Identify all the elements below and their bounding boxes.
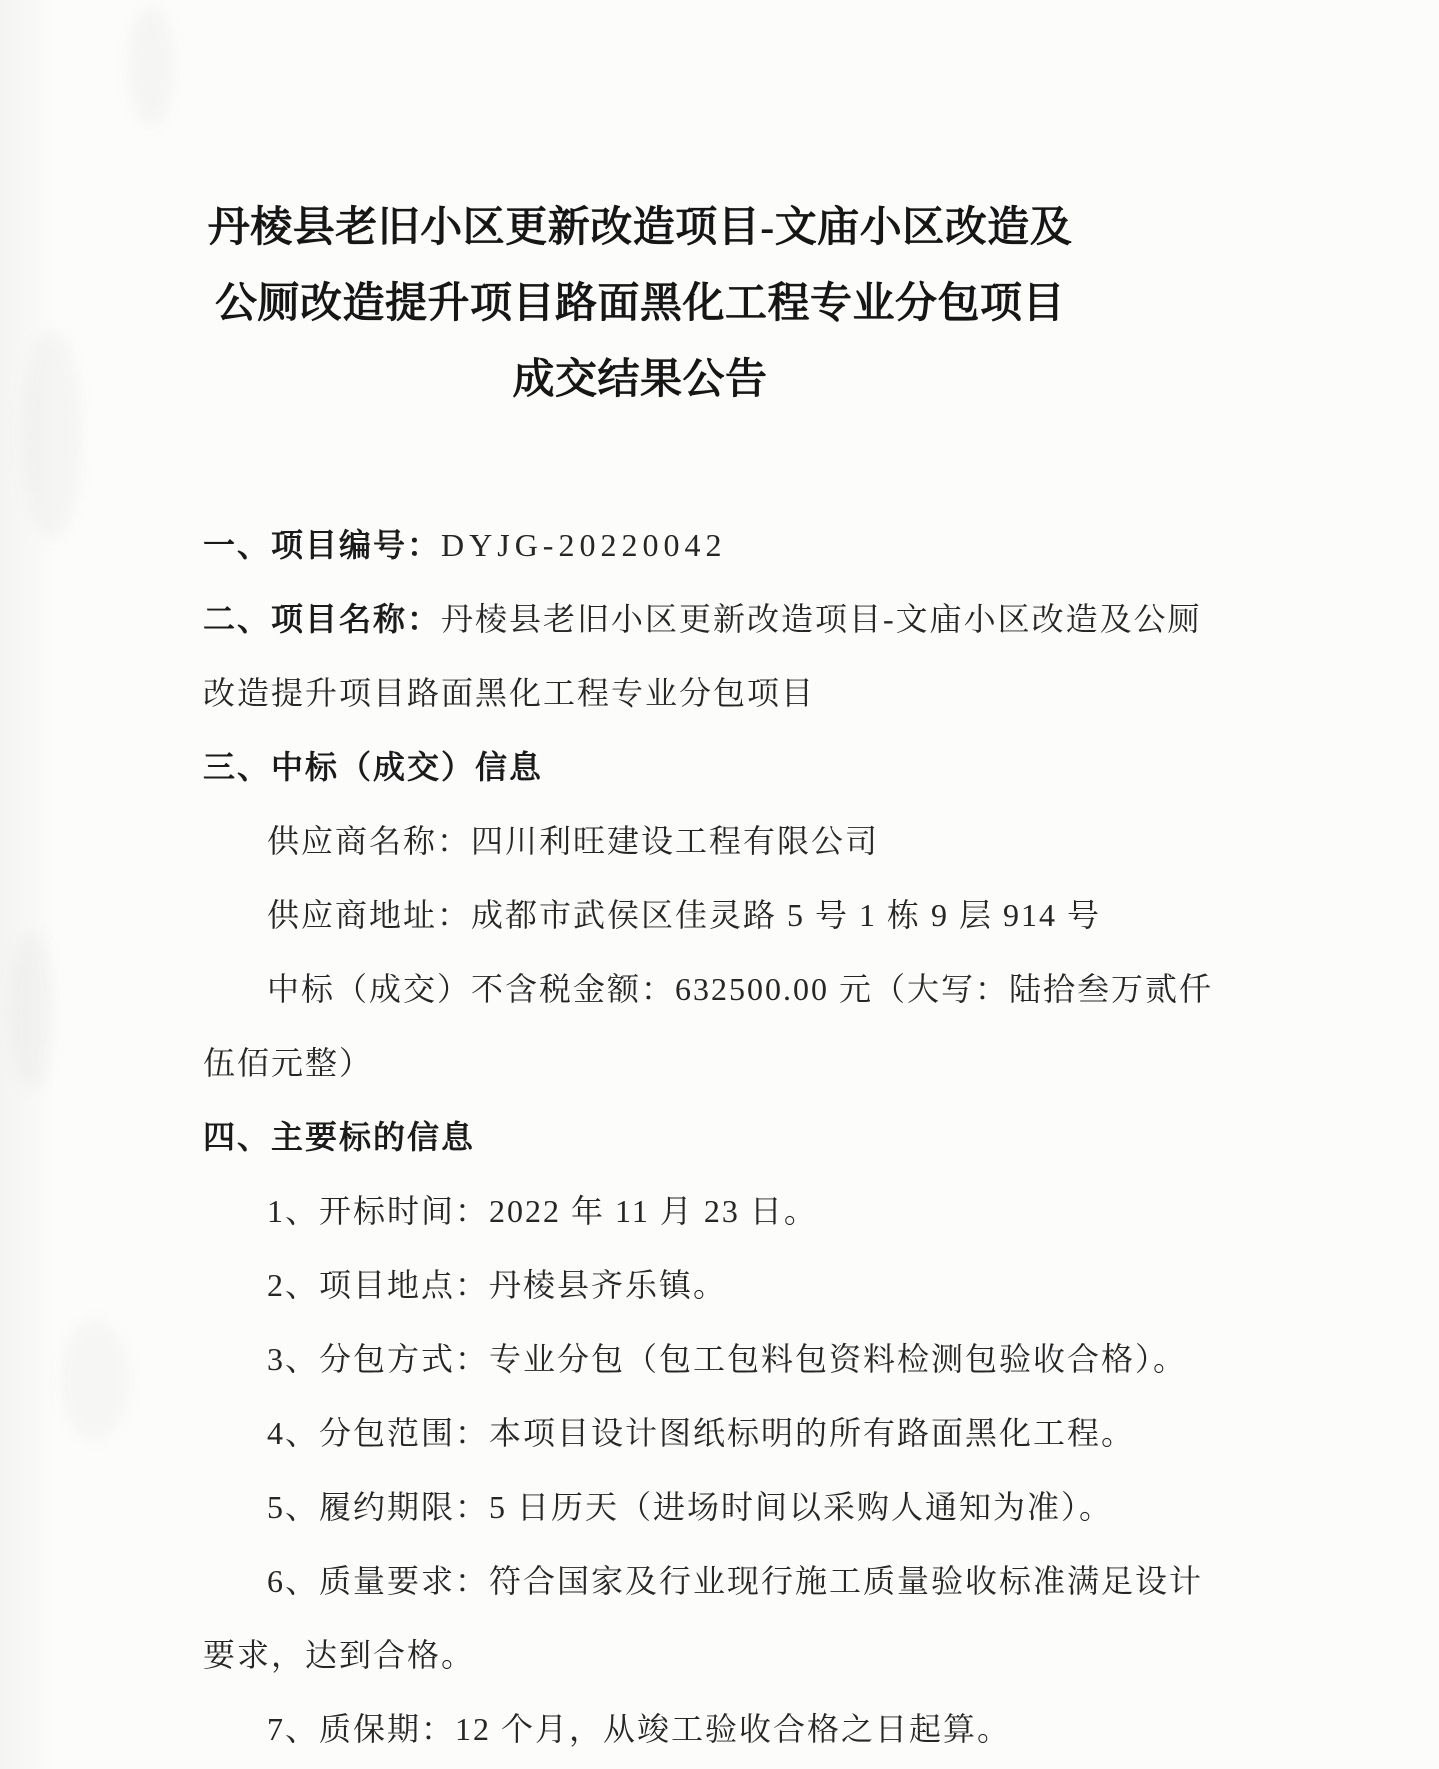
scan-smudge xyxy=(10,930,54,1090)
project-number-value: DYJG-20220042 xyxy=(441,527,726,563)
project-number-line: 一、项目编号：DYJG-20220042 xyxy=(203,508,1383,582)
supplier-name-line: 供应商名称：四川利旺建设工程有限公司 xyxy=(203,804,1383,878)
project-number-label: 一、项目编号： xyxy=(203,527,441,563)
title-line-3: 成交结果公告 xyxy=(0,342,1280,418)
subject-item-5: 5、履约期限：5 日历天（进场时间以采购人通知为准）。 xyxy=(203,1470,1383,1544)
award-amount-line-1: 中标（成交）不含税金额：632500.00 元（大写：陆拾叁万贰仟 xyxy=(203,952,1383,1026)
supplier-address-line: 供应商地址：成都市武侯区佳灵路 5 号 1 栋 9 层 914 号 xyxy=(203,878,1383,952)
document-title: 丹棱县老旧小区更新改造项目-文庙小区改造及 公厕改造提升项目路面黑化工程专业分包… xyxy=(0,190,1280,418)
subject-item-2: 2、项目地点：丹棱县齐乐镇。 xyxy=(203,1248,1383,1322)
award-amount-line-2: 伍佰元整） xyxy=(203,1026,1383,1100)
award-info-heading: 三、中标（成交）信息 xyxy=(203,730,1383,804)
project-name-line-1: 二、项目名称：丹棱县老旧小区更新改造项目-文庙小区改造及公厕 xyxy=(203,582,1383,656)
project-name-value: 丹棱县老旧小区更新改造项目-文庙小区改造及公厕 xyxy=(441,601,1202,637)
subject-item-4: 4、分包范围：本项目设计图纸标明的所有路面黑化工程。 xyxy=(203,1396,1383,1470)
title-line-2: 公厕改造提升项目路面黑化工程专业分包项目 xyxy=(0,266,1280,342)
subject-item-1: 1、开标时间：2022 年 11 月 23 日。 xyxy=(203,1174,1383,1248)
scan-smudge xyxy=(60,1320,130,1440)
subject-item-6-line-2: 要求，达到合格。 xyxy=(203,1618,1383,1692)
title-line-1: 丹棱县老旧小区更新改造项目-文庙小区改造及 xyxy=(0,190,1280,266)
subject-item-7: 7、质保期：12 个月，从竣工验收合格之日起算。 xyxy=(203,1692,1383,1766)
document-body: 一、项目编号：DYJG-20220042 二、项目名称：丹棱县老旧小区更新改造项… xyxy=(203,508,1383,1766)
subject-item-6-line-1: 6、质量要求：符合国家及行业现行施工质量验收标准满足设计 xyxy=(203,1544,1383,1618)
project-name-line-2: 改造提升项目路面黑化工程专业分包项目 xyxy=(203,656,1383,730)
subject-info-heading: 四、主要标的信息 xyxy=(203,1100,1383,1174)
subject-item-3: 3、分包方式：专业分包（包工包料包资料检测包验收合格）。 xyxy=(203,1322,1383,1396)
project-name-label: 二、项目名称： xyxy=(203,601,441,637)
announcement-page: 丹棱县老旧小区更新改造项目-文庙小区改造及 公厕改造提升项目路面黑化工程专业分包… xyxy=(0,0,1439,1769)
scan-smudge xyxy=(128,6,174,126)
